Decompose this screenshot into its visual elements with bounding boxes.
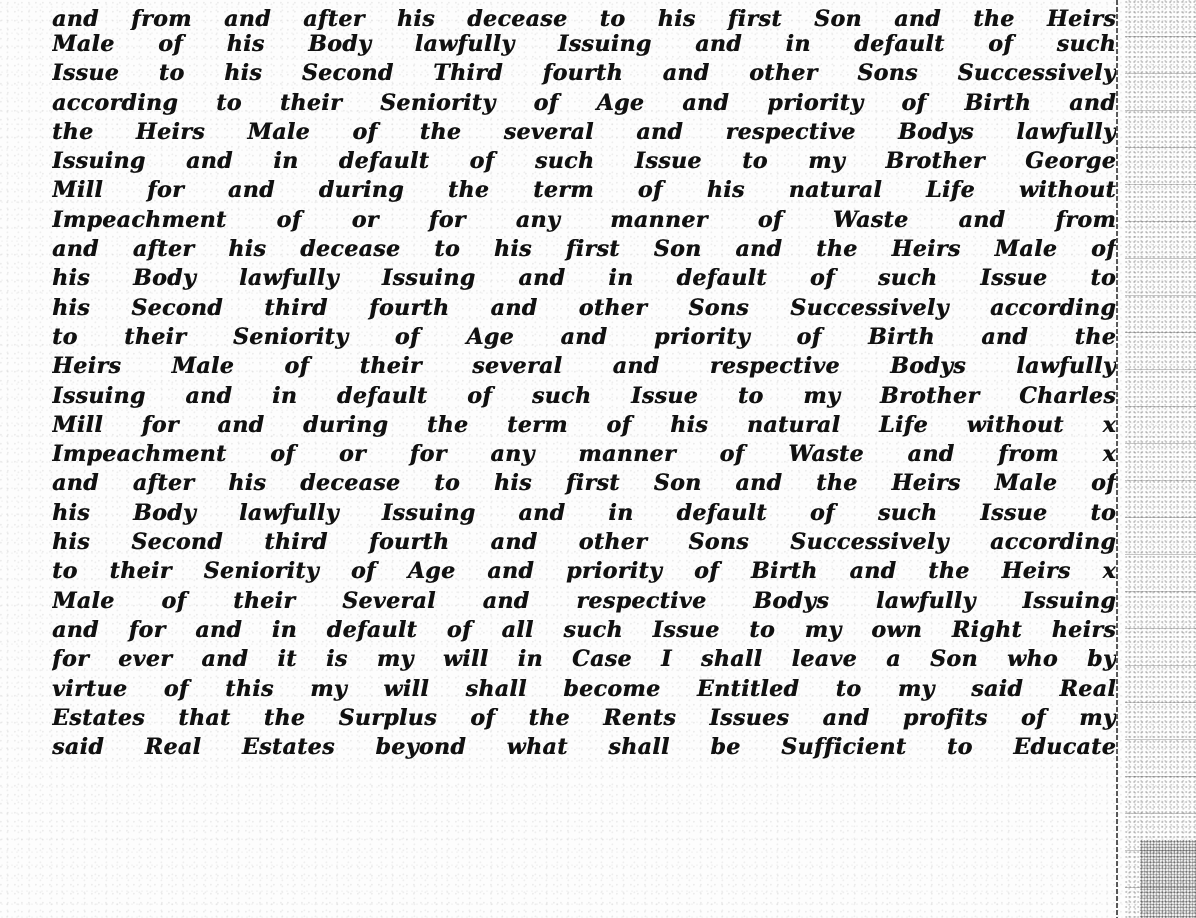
manuscript-line: to their Seniority of Age and priority o… — [52, 557, 1116, 586]
manuscript-line: Estates that the Surplus of the Rents Is… — [52, 704, 1116, 733]
manuscript-line: his Second third fourth and other Sons S… — [52, 294, 1116, 323]
manuscript-line: and for and in default of all such Issue… — [52, 616, 1116, 645]
manuscript-line: and from and after his decease to his fi… — [52, 4, 1116, 30]
manuscript-line: to their Seniority of Age and priority o… — [52, 323, 1116, 352]
handwritten-text-block: and from and after his decease to his fi… — [52, 4, 1116, 762]
manuscript-line: Male of their Several and respective Bod… — [52, 587, 1116, 616]
manuscript-line: his Second third fourth and other Sons S… — [52, 528, 1116, 557]
manuscript-line: his Body lawfully Issuing and in default… — [52, 264, 1116, 293]
manuscript-line: Heirs Male of their several and respecti… — [52, 352, 1116, 381]
manuscript-line: Issue to his Second Third fourth and oth… — [52, 59, 1116, 88]
manuscript-line: his Body lawfully Issuing and in default… — [52, 499, 1116, 528]
manuscript-line: Mill for and during the term of his natu… — [52, 176, 1116, 205]
manuscript-line: Mill for and during the term of his natu… — [52, 411, 1116, 440]
manuscript-line: Impeachment of or for any manner of Wast… — [52, 206, 1116, 235]
manuscript-line: for ever and it is my will in Case I sha… — [52, 645, 1116, 674]
margin-rule-line — [1116, 0, 1118, 918]
manuscript-line: according to their Seniority of Age and … — [52, 89, 1116, 118]
manuscript-line: said Real Estates beyond what shall be S… — [52, 733, 1116, 762]
ruled-margin-lines — [1125, 0, 1196, 918]
manuscript-line: Issuing and in default of such Issue to … — [52, 147, 1116, 176]
manuscript-line: Impeachment of or for any manner of Wast… — [52, 440, 1116, 469]
manuscript-line: Male of his Body lawfully Issuing and in… — [52, 30, 1116, 59]
manuscript-line: virtue of this my will shall become Enti… — [52, 675, 1116, 704]
manuscript-line: and after his decease to his first Son a… — [52, 235, 1116, 264]
scanned-manuscript-page: and from and after his decease to his fi… — [0, 0, 1196, 918]
manuscript-line: and after his decease to his first Son a… — [52, 469, 1116, 498]
manuscript-line: Issuing and in default of such Issue to … — [52, 382, 1116, 411]
manuscript-line: the Heirs Male of the several and respec… — [52, 118, 1116, 147]
scan-shadow — [1140, 840, 1196, 918]
